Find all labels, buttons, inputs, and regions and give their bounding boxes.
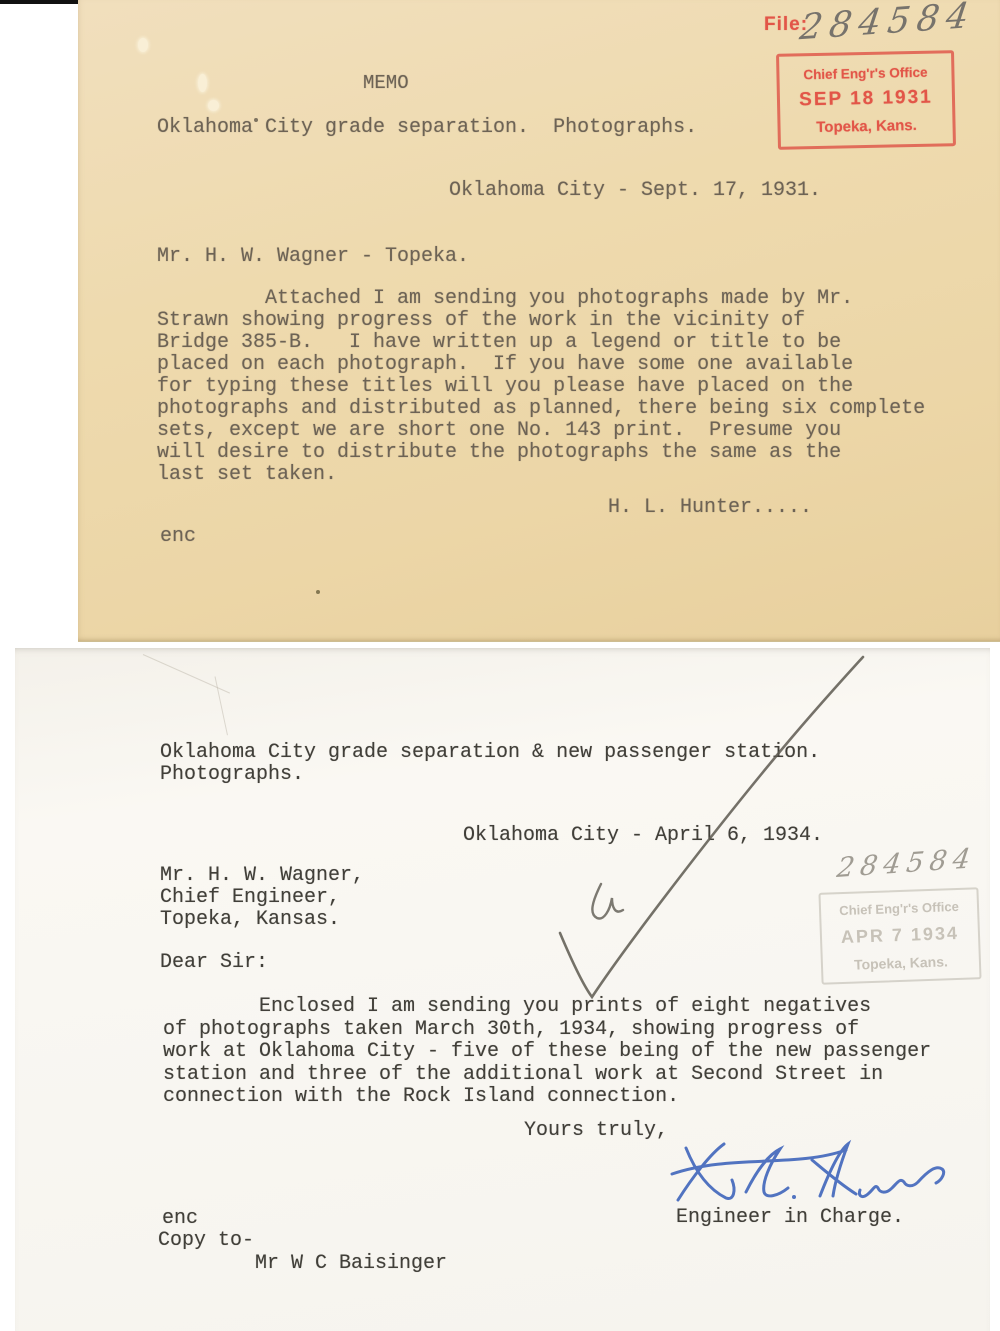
paper-fleck [138, 38, 148, 52]
memo-dateline: Oklahoma City - Sept. 17, 1931. [449, 180, 821, 202]
stamp-office-line: Chief Eng'r's Office [839, 899, 959, 918]
letter-subject: Oklahoma City grade separation & new pas… [160, 742, 820, 786]
letter-closing: Yours truly, [524, 1120, 668, 1142]
signature-hl-hunter [670, 1138, 950, 1213]
letter-1934-document: 284584 Chief Eng'r's Office APR 7 1934 T… [15, 648, 990, 1331]
memo-signature-line: H. L. Hunter..... [608, 497, 812, 519]
memo-body: Attached I am sending you photographs ma… [157, 288, 925, 486]
stamp-place-line: Topeka, Kans. [816, 116, 917, 135]
stamp-place-line: Topeka, Kans. [854, 953, 948, 972]
letter-dateline: Oklahoma City - April 6, 1934. [463, 825, 823, 847]
pencil-w-mark [592, 884, 623, 918]
handwritten-file-number: 284584 [797, 0, 978, 48]
copy-to-label: Copy to- [158, 1230, 254, 1252]
paper-fleck [208, 100, 219, 111]
scan-edge-artifact [0, 0, 80, 4]
memo-1931-document: File: 284584 Chief Eng'r's Office SEP 18… [78, 0, 1000, 642]
letter-body: Enclosed I am sending you prints of eigh… [163, 996, 931, 1109]
signature-stroke [859, 1168, 943, 1197]
signature-stroke [746, 1149, 788, 1196]
stamp-date-line: SEP 18 1931 [799, 87, 933, 112]
faint-received-date-stamp: Chief Eng'r's Office APR 7 1934 Topeka, … [818, 887, 981, 985]
paper-fleck [198, 74, 207, 92]
stamp-office-line: Chief Eng'r's Office [803, 64, 927, 82]
memo-enclosure-note: enc [160, 526, 196, 548]
memo-heading: MEMO [363, 72, 409, 94]
letter-enclosure-note: enc [162, 1208, 198, 1230]
memo-recipient: Mr. H. W. Wagner - Topeka. [157, 246, 469, 268]
copy-recipient: Mr W C Baisinger [255, 1253, 447, 1275]
letter-recipient-block: Mr. H. W. Wagner, Chief Engineer, Topeka… [160, 865, 364, 931]
signature-period [792, 1195, 796, 1199]
paper-speck [316, 590, 320, 594]
stamp-date-line: APR 7 1934 [841, 923, 960, 948]
memo-subject: Oklahoma City grade separation. Photogra… [157, 117, 697, 139]
letter-salutation: Dear Sir: [160, 952, 268, 974]
handwritten-file-number: 284584 [835, 843, 978, 884]
paper-crease [215, 676, 228, 735]
scanned-documents-page: { "memo1931": { "heading": "MEMO", "file… [0, 0, 1000, 1331]
received-date-stamp: Chief Eng'r's Office SEP 18 1931 Topeka,… [776, 50, 956, 150]
